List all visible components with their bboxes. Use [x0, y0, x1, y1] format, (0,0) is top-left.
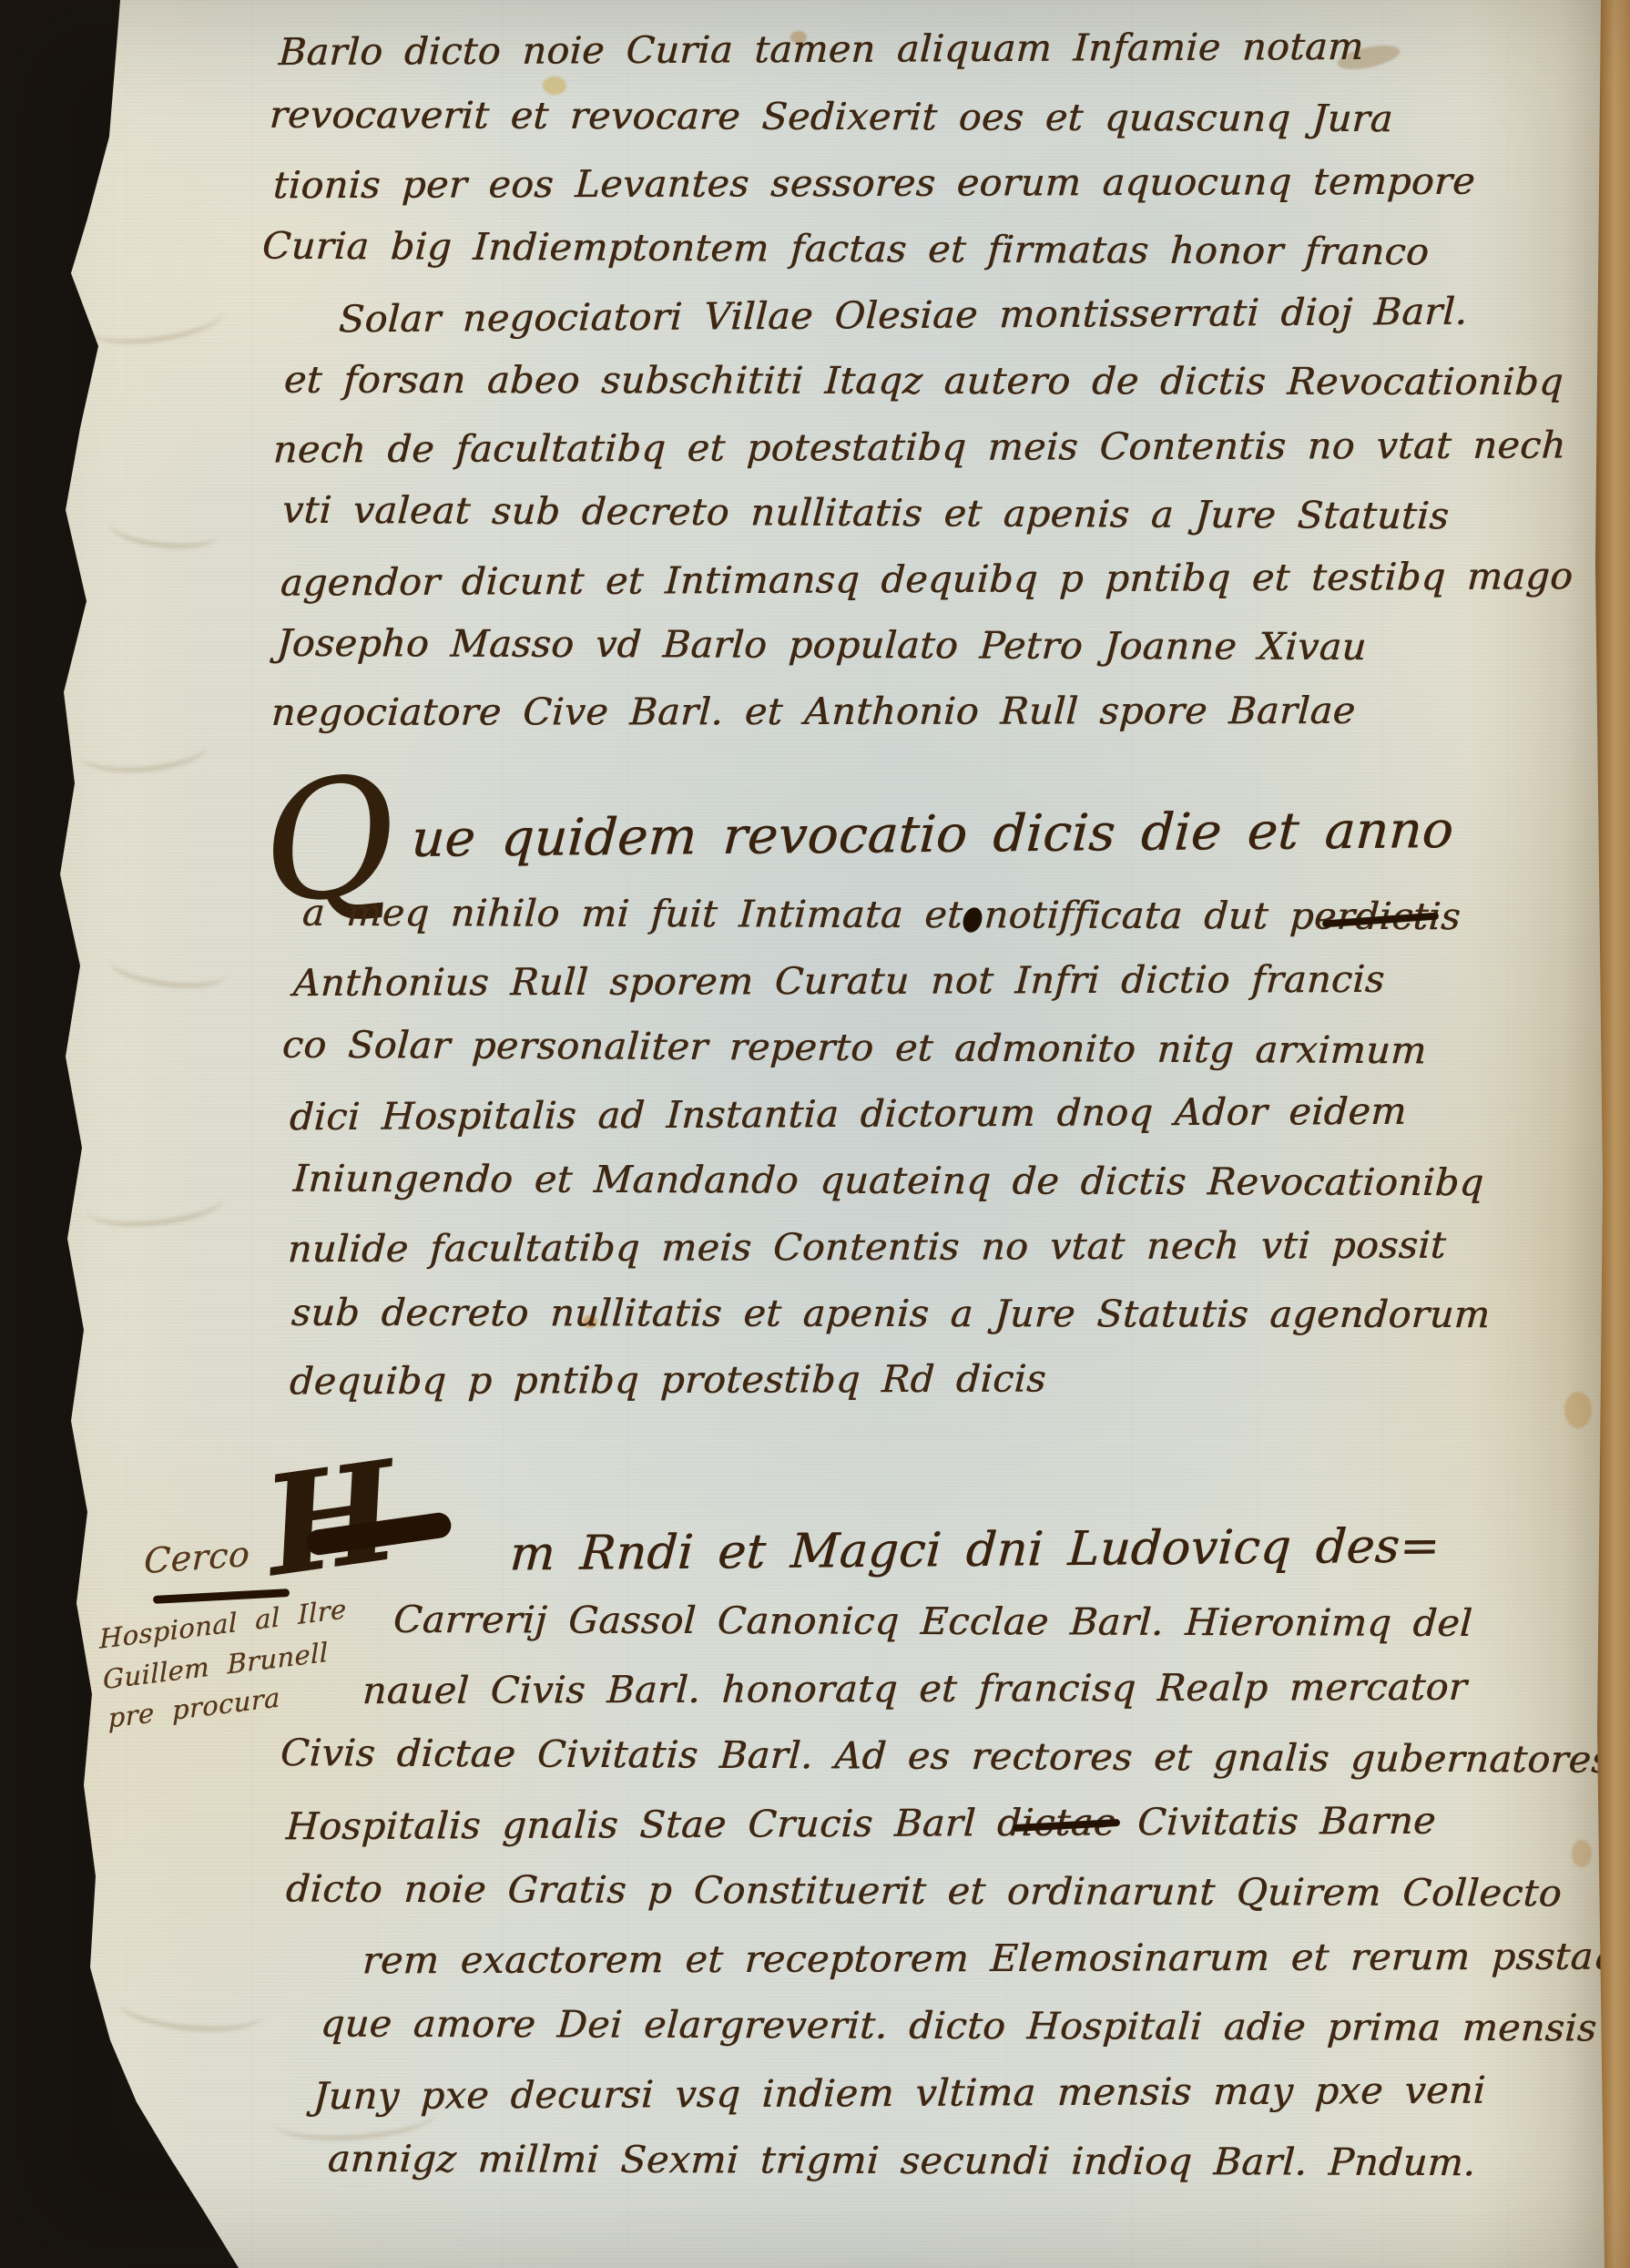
decorated-initial-h: H: [259, 1456, 402, 1583]
manuscript-line: Carrerij Gassol Canonicq Ecclae Barl. Hi…: [392, 1598, 1473, 1645]
manuscript-line: Solar negociatori Villae Olesiae montiss…: [338, 290, 1469, 342]
manuscript-line: agendor dicunt et Intimansq dequibq p pn…: [280, 554, 1574, 604]
stain: [1572, 1840, 1592, 1867]
manuscript-line: nauel Civis Barl. honoratq et francisq R…: [362, 1665, 1468, 1712]
manuscript-line: nulide facultatibq meis Contentis no vta…: [287, 1223, 1447, 1271]
manuscript-line: Iniungendo et Mandando quateinq de dicti…: [292, 1157, 1485, 1205]
manuscript-line: dequibq p pntibq protestibq Rd dicis: [289, 1357, 1047, 1404]
manuscript-page: Barlo dicto noie Curia tamen aliquam Inf…: [0, 0, 1630, 2268]
manuscript-line: Juny pxe decursi vsq indiem vltima mensi…: [312, 2069, 1487, 2119]
margin-note-line: Cerco: [143, 1534, 250, 1581]
stain: [1564, 1392, 1592, 1428]
page-curl-shadow: [1468, 0, 1605, 2268]
manuscript-line: que amore Dei elargreverit. dicto Hospit…: [320, 2002, 1598, 2050]
manuscript-line: nech de facultatibq et potestatibq meis …: [272, 424, 1567, 472]
paragraph-heading: ue quidem revocatio dicis die et anno: [410, 801, 1455, 869]
manuscript-line: annigz millmi Sexmi trigmi secundi indio…: [327, 2137, 1477, 2184]
manuscript-line: sub decreto nullitatis et apenis a Jure …: [290, 1291, 1492, 1336]
manuscript-line: tionis per eos Levantes sessores eorum a…: [272, 159, 1476, 208]
manuscript-line: revocaverit et revocare Sedixerit oes et…: [269, 93, 1394, 140]
manuscript-line: et forsan abeo subschititi Itaqz autero …: [283, 358, 1564, 404]
manuscript-line: dicto noie Gratis p Constituerit et ordi…: [285, 1867, 1564, 1916]
manuscript-line: co Solar personaliter reperto et admonit…: [281, 1023, 1428, 1073]
manuscript-line: m Rndi et Magci dni Ludovicq des=: [508, 1519, 1442, 1582]
manuscript-photo: Barlo dicto noie Curia tamen aliquam Inf…: [0, 0, 1630, 2268]
manuscript-line: Barlo dicto noie Curia tamen aliquam Inf…: [278, 25, 1365, 74]
manuscript-line: dici Hospitalis ad Instantia dictorum dn…: [289, 1089, 1408, 1139]
manuscript-line: Curia big Indiemptontem factas et firmat…: [261, 224, 1431, 274]
manuscript-line: vti valeat sub decreto nullitatis et ape…: [281, 488, 1451, 538]
manuscript-line: a meq nihilo mi fuit Intimata et notiffi…: [301, 891, 1462, 938]
stain: [543, 77, 566, 95]
manuscript-line: negociatore Cive Barl. et Anthonio Rull …: [270, 689, 1357, 734]
manuscript-line: Josepho Masso vd Barlo populato Petro Jo…: [276, 621, 1368, 669]
manuscript-line: Civis dictae Civitatis Barl. Ad es recto…: [280, 1731, 1613, 1782]
manuscript-line: Hospitalis gnalis Stae Crucis Barl dicta…: [285, 1799, 1437, 1849]
manuscript-line: Anthonius Rull sporem Curatu not Infri d…: [292, 957, 1386, 1005]
manuscript-line: rem exactorem et receptorem Elemosinarum…: [362, 1935, 1619, 1983]
